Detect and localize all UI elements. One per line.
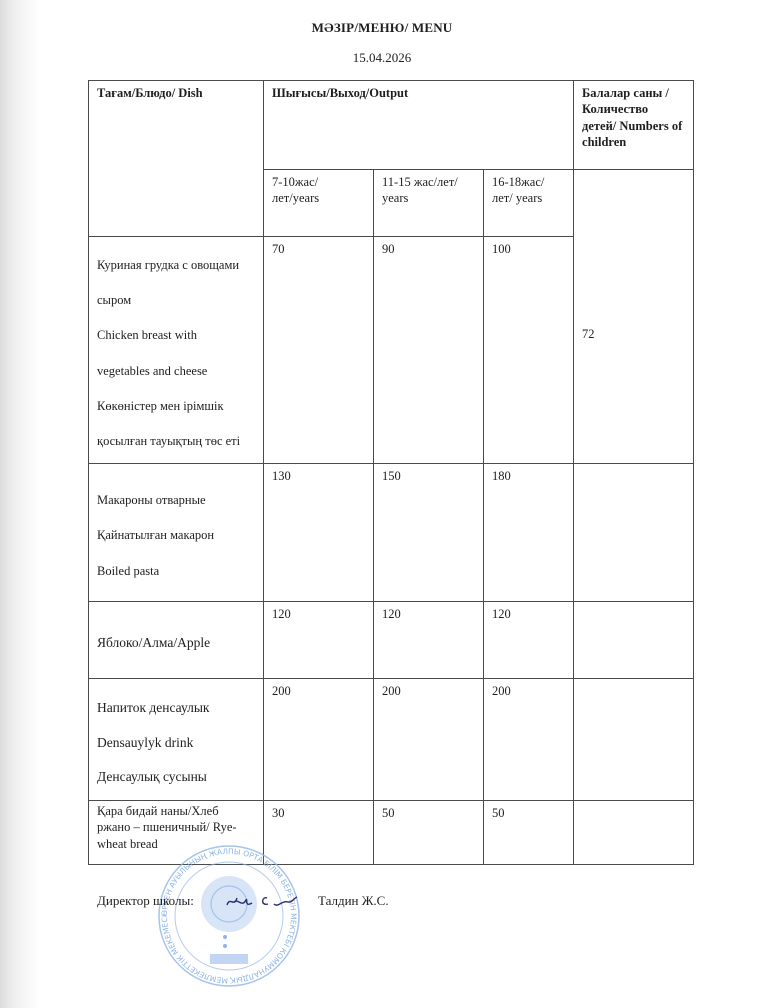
director-label: Директор школы:	[97, 893, 194, 909]
header-children-count: Балалар саны /Количество детей/ Numbers …	[574, 81, 694, 170]
children-count-empty	[574, 464, 694, 602]
output-16-18: 120	[484, 602, 574, 679]
output-11-15: 120	[374, 602, 484, 679]
output-7-10: 70	[264, 237, 374, 464]
dish-cell: Куриная грудка с овощами сыром Chicken b…	[89, 237, 264, 464]
header-output: Шығысы/Выход/Output	[264, 81, 574, 170]
signature-icon	[222, 888, 302, 914]
dish-name-line: сыром	[97, 292, 255, 308]
children-count-empty	[574, 679, 694, 801]
output-16-18: 200	[484, 679, 574, 801]
dish-name-line: Куриная грудка с овощами	[97, 257, 255, 273]
dish-name-line: Денсаулық сусыны	[97, 768, 255, 786]
output-11-15: 90	[374, 237, 484, 464]
dish-name-line: Қайнатылған макарон	[97, 527, 255, 543]
dish-name-line: Densauylyk drink	[97, 734, 255, 752]
output-11-15: 50	[374, 801, 484, 865]
dish-name-line: Boiled pasta	[97, 563, 255, 579]
output-11-15: 150	[374, 464, 484, 602]
scan-edge-shadow	[0, 0, 40, 1008]
children-count-value: 72	[574, 170, 694, 464]
dish-name-line: Chicken breast with	[97, 327, 255, 343]
menu-table: Тағам/Блюдо/ Dish Шығысы/Выход/Output Ба…	[88, 80, 694, 865]
table-row: Напиток денсаулык Densauylyk drink Денса…	[89, 679, 694, 801]
output-16-18: 100	[484, 237, 574, 464]
dish-cell: Напиток денсаулык Densauylyk drink Денса…	[89, 679, 264, 801]
children-count-empty	[574, 602, 694, 679]
dish-name-line: Яблоко/Алма/Apple	[97, 634, 255, 652]
dish-name-line: қосылған тауықтың төс еті	[97, 433, 255, 449]
document-title: МӘЗІР/МЕНЮ/ MENU	[0, 20, 764, 36]
dish-cell: Яблоко/Алма/Apple	[89, 602, 264, 679]
director-name: Талдин Ж.С.	[318, 893, 389, 909]
dish-cell: Макароны отварные Қайнатылған макарон Bo…	[89, 464, 264, 602]
header-age-16-18: 16-18жас/лет/ years	[484, 170, 574, 237]
document-date: 15.04.2026	[0, 50, 764, 66]
output-7-10: 120	[264, 602, 374, 679]
official-stamp-icon: ӨРКЕН АУЫЛЫНЫҢ ЖАЛПЫ ОРТА БІЛІМ БЕРЕТІН …	[155, 842, 303, 990]
table-header-row: Тағам/Блюдо/ Dish Шығысы/Выход/Output Ба…	[89, 81, 694, 170]
table-row: Макароны отварные Қайнатылған макарон Bo…	[89, 464, 694, 602]
dish-name-line: Напиток денсаулык	[97, 699, 255, 717]
output-7-10: 200	[264, 679, 374, 801]
children-count-empty	[574, 801, 694, 865]
header-age-7-10: 7-10жас/лет/years	[264, 170, 374, 237]
output-7-10: 130	[264, 464, 374, 602]
dish-name-line: Көкөністер мен ірімшік	[97, 398, 255, 414]
header-dish: Тағам/Блюдо/ Dish	[89, 81, 264, 237]
dish-name-line: Макароны отварные	[97, 492, 255, 508]
output-16-18: 180	[484, 464, 574, 602]
dish-name-line: vegetables and cheese	[97, 363, 255, 379]
output-11-15: 200	[374, 679, 484, 801]
output-16-18: 50	[484, 801, 574, 865]
table-row: Яблоко/Алма/Apple 120 120 120	[89, 602, 694, 679]
header-age-11-15: 11-15 жас/лет/ years	[374, 170, 484, 237]
